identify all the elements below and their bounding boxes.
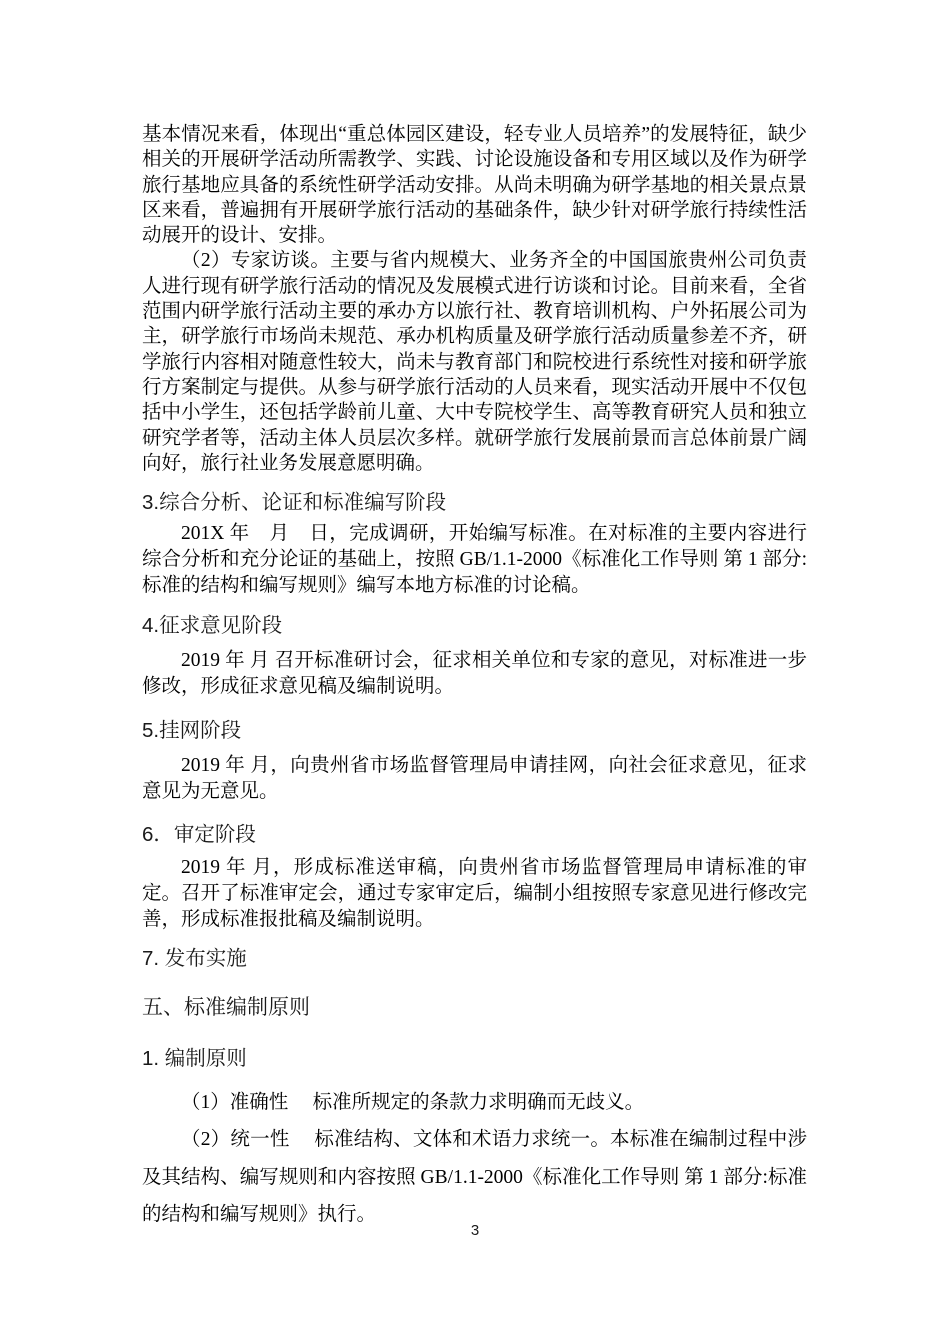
document-page: 基本情况来看，体现出“重总体园区建设，轻专业人员培养”的发展特征，缺少相关的开展… bbox=[0, 0, 950, 1344]
heading-section-6-review: 6．审定阶段 bbox=[142, 820, 807, 849]
paragraph-section-5: 2019 年 月，向贵州省市场监督管理局申请挂网，向社会征求意见，征求意见为无意… bbox=[142, 753, 807, 805]
paragraph-principle-unity: （2）统一性 标准结构、文体和术语力求统一。本标准在编制过程中涉及其结构、编写规… bbox=[142, 1121, 807, 1233]
heading-section-4-comments: 4.征求意见阶段 bbox=[142, 611, 807, 640]
paragraph-section-4: 2019 年 月 召开标准研讨会，征求相关单位和专家的意见，对标准进一步修改，形… bbox=[142, 648, 807, 700]
heading-section-3-analysis: 3.综合分析、论证和标准编写阶段 bbox=[142, 488, 807, 517]
paragraph-section-3: 201X 年 月 日，完成调研，开始编写标准。在对标准的主要内容进行综合分析和充… bbox=[142, 521, 807, 599]
heading-chapter-5-principles: 五、标准编制原则 bbox=[142, 993, 807, 1022]
paragraph-principle-accuracy: （1）准确性 标准所规定的条款力求明确而无歧义。 bbox=[142, 1084, 807, 1121]
paragraph-section-6: 2019 年 月，形成标准送审稿，向贵州省市场监督管理局申请标准的审定。召开了标… bbox=[142, 855, 807, 933]
paragraph-expert-interview: （2）专家访谈。主要与省内规模大、业务齐全的中国国旅贵州公司负责人进行现有研学旅… bbox=[142, 248, 807, 476]
heading-principles-1: 1. 编制原则 bbox=[142, 1044, 807, 1073]
heading-section-5-publication: 5.挂网阶段 bbox=[142, 716, 807, 745]
page-number: 3 bbox=[0, 1222, 950, 1239]
heading-section-7-release: 7. 发布实施 bbox=[142, 944, 807, 973]
paragraph-continuation: 基本情况来看，体现出“重总体园区建设，轻专业人员培养”的发展特征，缺少相关的开展… bbox=[142, 122, 807, 248]
